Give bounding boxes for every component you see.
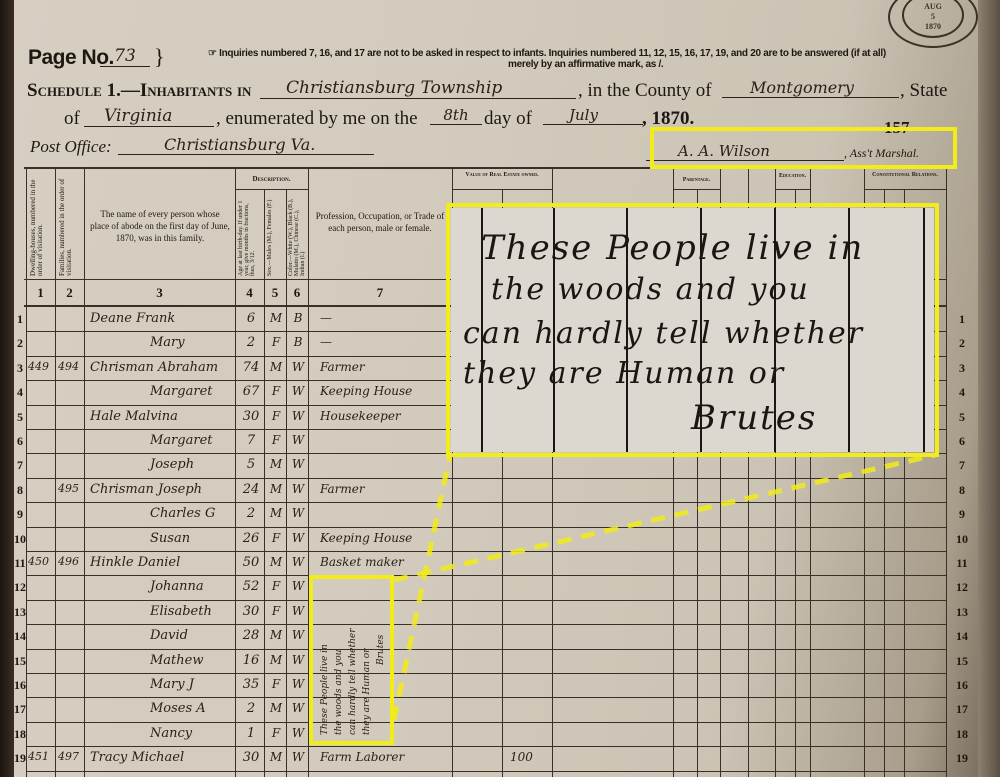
annotation-zoom-highlight bbox=[446, 203, 939, 457]
census-page: AUG 5 1870 Page No. 73 } ☞ Inquiries num… bbox=[0, 0, 1000, 777]
marshal-highlight bbox=[650, 127, 957, 169]
